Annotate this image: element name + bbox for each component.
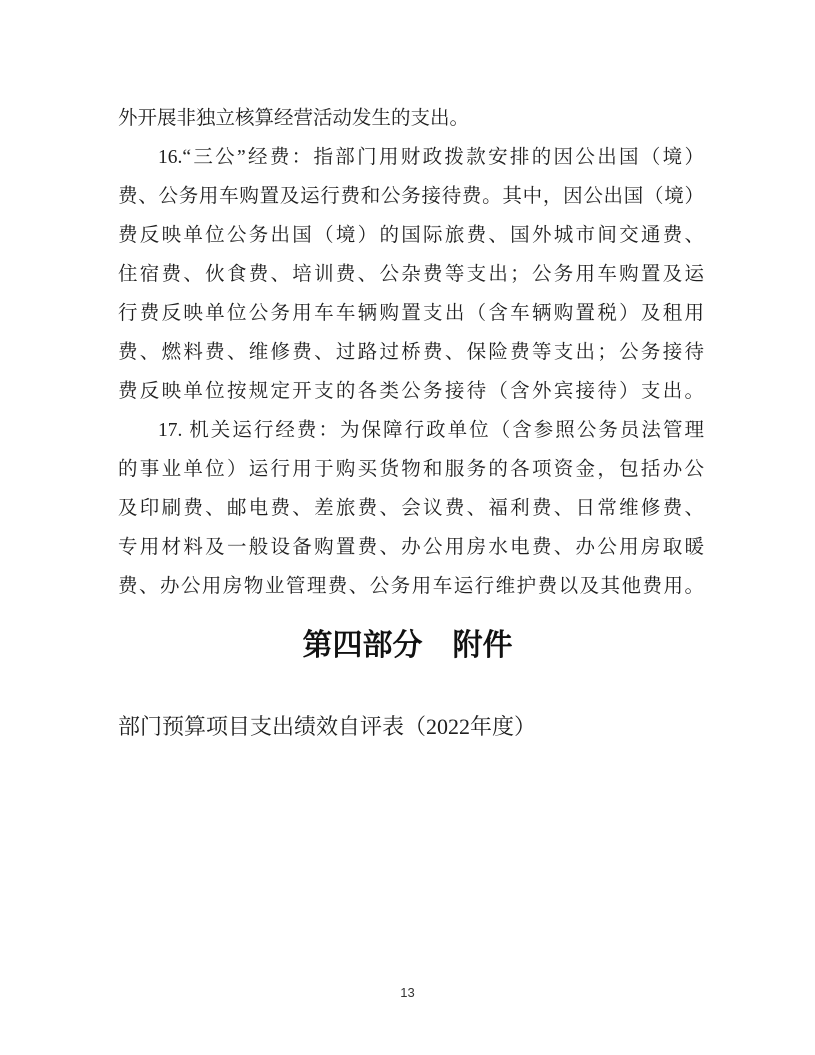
page-number: 13 — [0, 985, 815, 1001]
body-text-line: 费反映单位公务出国（境）的国际旅费、国外城市间交通费、 — [118, 216, 704, 255]
document-page: 外开展非独立核算经营活动发生的支出。16.“三公”经费：指部门用财政拨款安排的因… — [0, 0, 815, 1055]
body-text-line: 行费反映单位公务用车车辆购置支出（含车辆购置税）及租用 — [118, 294, 704, 333]
body-text-line: 及印刷费、邮电费、差旅费、会议费、福利费、日常维修费、 — [118, 489, 704, 528]
body-text-line: 住宿费、伙食费、培训费、公杂费等支出；公务用车购置及运 — [118, 255, 704, 294]
body-text-line: 费、公务用车购置及运行费和公务接待费。其中，因公出国（境） — [118, 177, 704, 216]
body-text-line: 16.“三公”经费：指部门用财政拨款安排的因公出国（境） — [118, 138, 704, 177]
body-text-line: 费、燃料费、维修费、过路过桥费、保险费等支出；公务接待 — [118, 333, 704, 372]
body-text-line: 费、办公用房物业管理费、公务用车运行维护费以及其他费用。 — [118, 567, 704, 606]
body-text-line: 外开展非独立核算经营活动发生的支出。 — [118, 99, 704, 138]
body-text-line: 费反映单位按规定开支的各类公务接待（含外宾接待）支出。 — [118, 372, 704, 411]
body-text-line: 专用材料及一般设备购置费、办公用房水电费、办公用房取暖 — [118, 528, 704, 567]
body-text-line: 17. 机关运行经费：为保障行政单位（含参照公务员法管理 — [118, 411, 704, 450]
body-text-block: 外开展非独立核算经营活动发生的支出。16.“三公”经费：指部门用财政拨款安排的因… — [118, 99, 704, 606]
attachment-title: 部门预算项目支出绩效自评表（2022年度） — [118, 711, 536, 743]
body-text-line: 的事业单位）运行用于购买货物和服务的各项资金，包括办公 — [118, 450, 704, 489]
section-heading: 第四部分 附件 — [0, 626, 815, 666]
